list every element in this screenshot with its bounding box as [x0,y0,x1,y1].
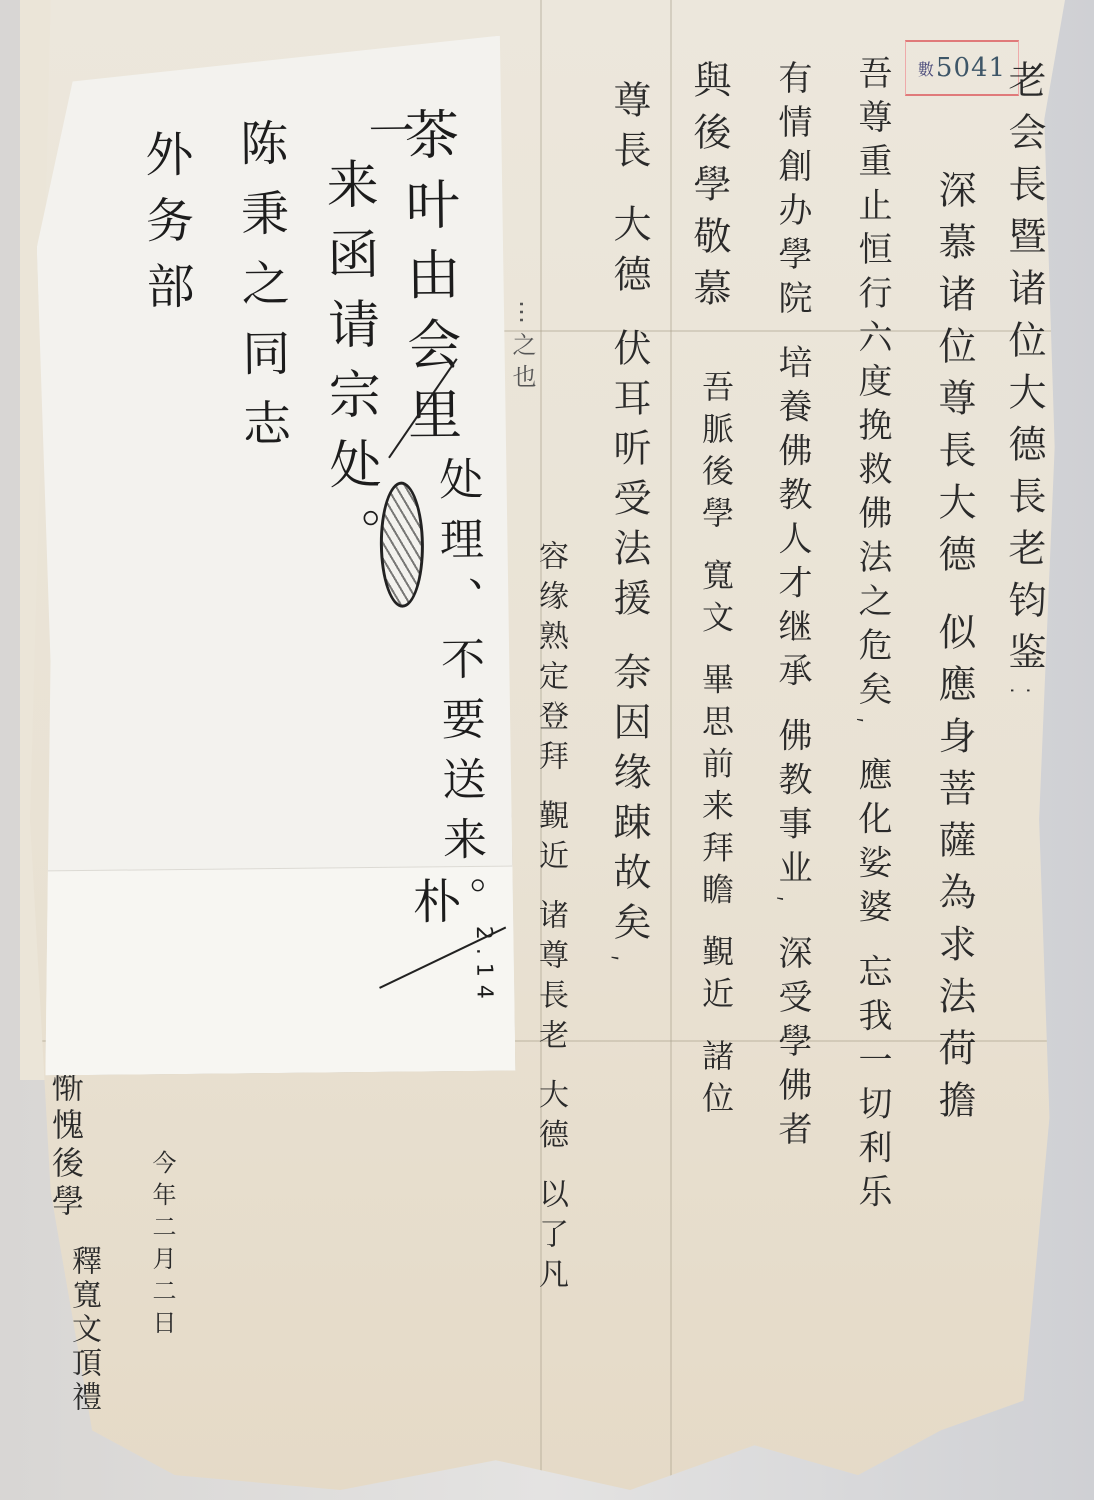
signature-name: 釋寬文頂禮 [68,1245,98,1415]
letter-column-7: 尊長 大德 伏耳听受法援 奈因缘踈故矣, [610,80,648,976]
letter-column-4: 有情創办學院 培養佛教人才继承 佛教事业, 深受學佛者 [775,60,809,1155]
letter-column-3: 吾尊重止恒行六度挽救佛法之危矣, 應化娑婆 忘我一切利乐 [855,55,889,1217]
letter-salutation: 老会長暨诸位大德長老钧鉴: [1005,60,1043,711]
serial-number: 5041 [936,53,1006,83]
signature-date: 今年二月二日 [150,1150,174,1342]
note-column-1: 茶叶由会里 [400,106,458,457]
letter-column-6: 吾脈後學 寬文 畢思前来拜瞻 覲近 諸位 [700,370,732,1123]
note-signer: 朴 [408,876,457,938]
note-column-2: 来函请宗处。 [321,157,377,578]
signature-humble-line: 惭愧後學 [50,1070,82,1222]
serial-prefix: 數 [918,57,934,80]
letter-column-partial: ⋯之也 [510,300,534,396]
struck-out-characters [379,481,424,607]
note-instruction: 处理、不要送来。 [434,456,483,936]
note-column-4: 外务部 [141,129,191,327]
letter-column-8: 容缘熟定登拜 覲近 诸尊長老 大德 以了凡 [535,540,565,1298]
note-column-3: 陈秉之同志 [235,118,287,468]
letter-column-2: 深慕诸位尊長大德 似應身菩薩為求法荷擔 [935,170,973,1132]
letter-column-5: 與後學敬慕 [690,60,728,320]
reply-note: 一 茶叶由会里 来函请宗处。 陈秉之同志 外务部 处理、不要送来。 朴 2.14 [35,36,516,1076]
fold-line [670,0,672,1490]
